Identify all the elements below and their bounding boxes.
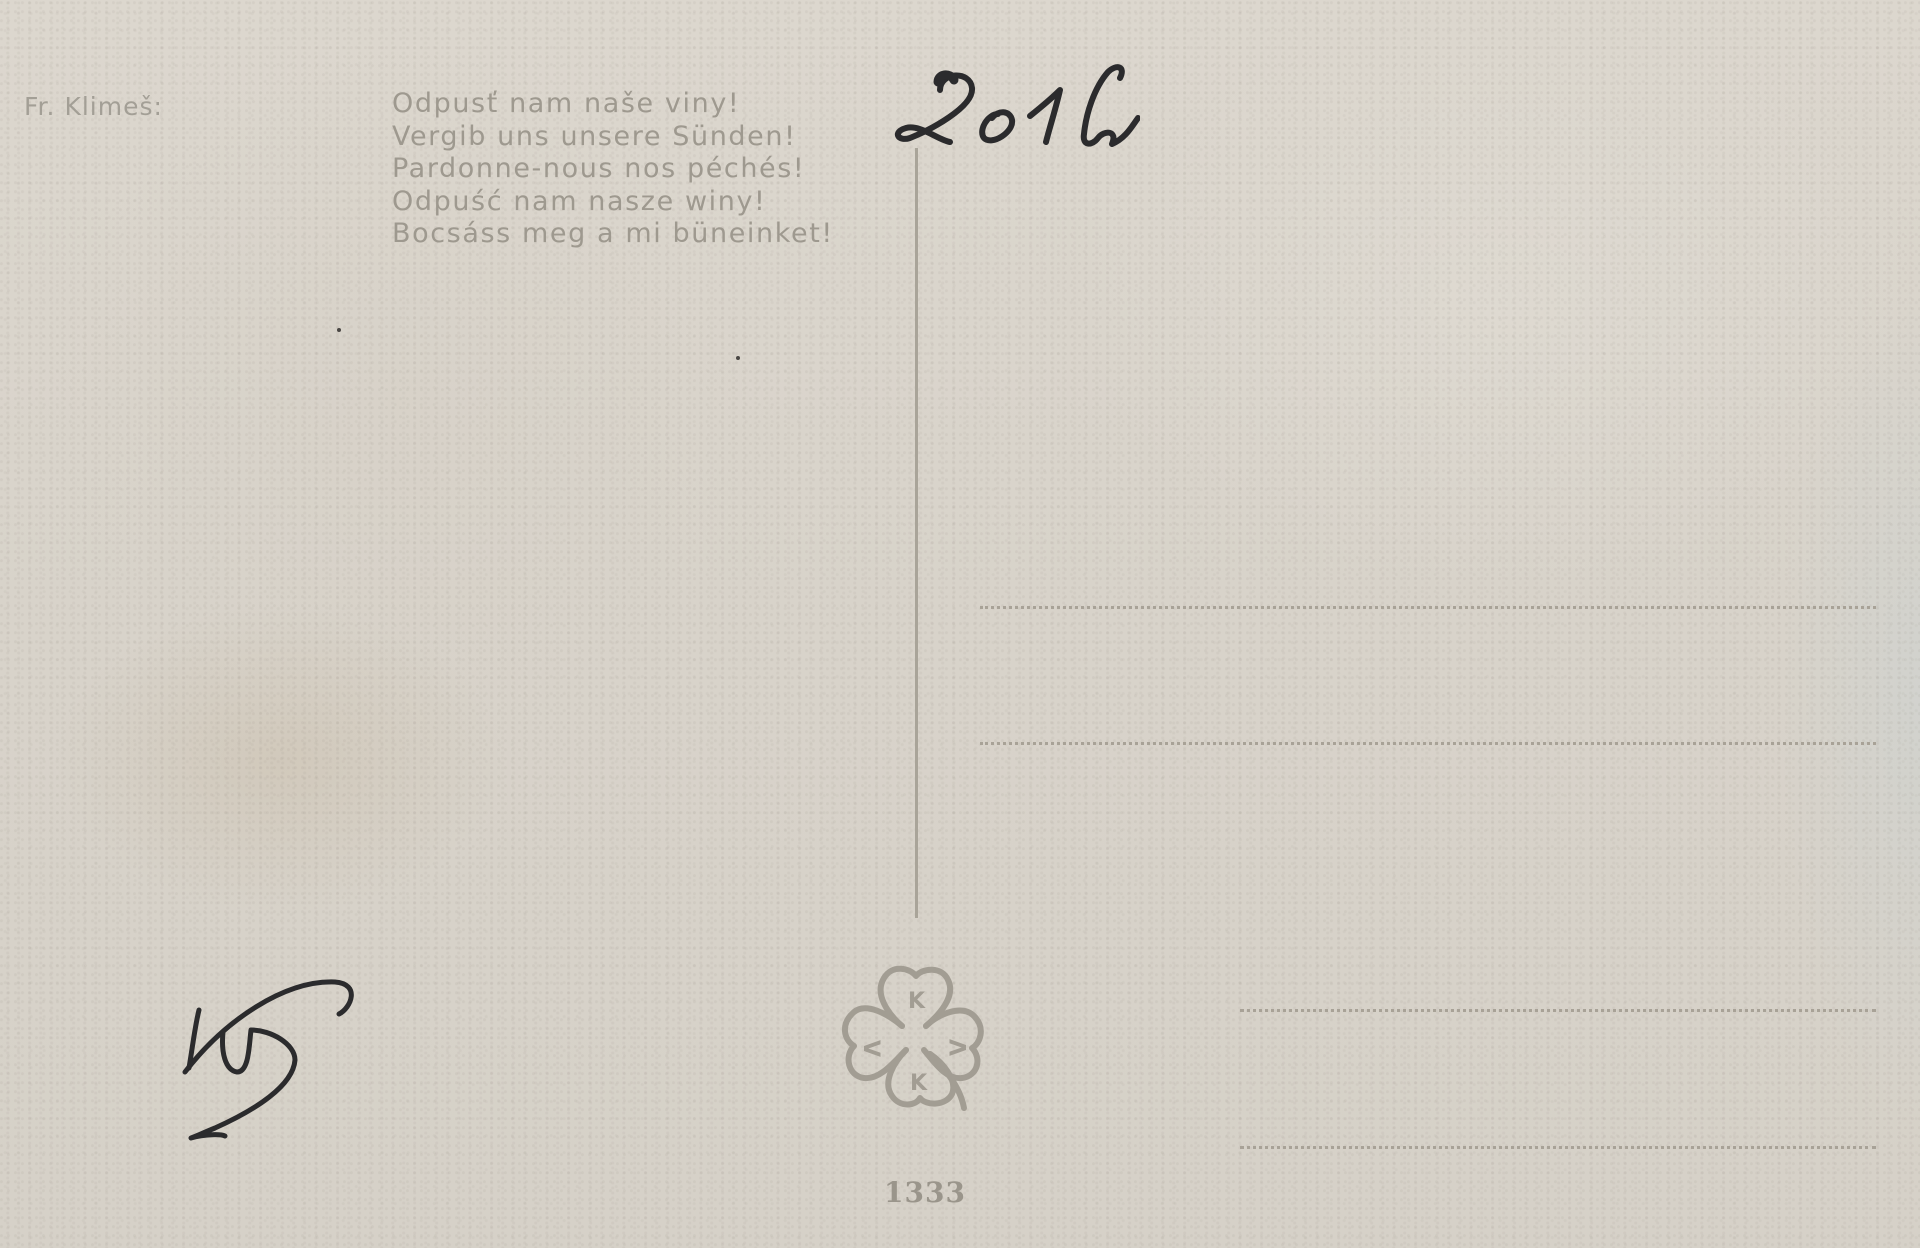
- verse-line-hungarian: Bocsáss meg a mi büneinket!: [392, 218, 834, 251]
- ink-speck: [337, 328, 341, 332]
- address-line-3: [1240, 1009, 1876, 1012]
- clover-letter-left: V: [858, 1040, 883, 1057]
- verse-block: Odpusť nam naše viny! Vergib uns unsere …: [392, 88, 834, 251]
- center-divider-line: [915, 148, 918, 918]
- clover-letter-right: V: [947, 1039, 972, 1056]
- verse-line-polish: Odpuść nam nasze winy!: [392, 186, 834, 219]
- four-leaf-clover-icon: K V K V: [830, 950, 1000, 1120]
- handwritten-signature: [175, 960, 365, 1150]
- address-line-1: [980, 606, 1876, 609]
- address-line-2: [980, 742, 1876, 745]
- clover-letter-top: K: [908, 989, 926, 1014]
- serial-number: 1333: [884, 1176, 966, 1209]
- verse-line-czech: Odpusť nam naše viny!: [392, 88, 834, 121]
- author-credit: Fr. Klimeš:: [24, 92, 163, 121]
- ink-speck: [736, 356, 740, 360]
- address-line-4: [1240, 1146, 1876, 1149]
- handwritten-number-201L: [880, 52, 1140, 152]
- clover-letter-bottom: K: [910, 1071, 928, 1096]
- verse-line-german: Vergib uns unsere Sünden!: [392, 121, 834, 154]
- postcard-back: Fr. Klimeš: Odpusť nam naše viny! Vergib…: [0, 0, 1920, 1248]
- verse-line-french: Pardonne-nous nos péchés!: [392, 153, 834, 186]
